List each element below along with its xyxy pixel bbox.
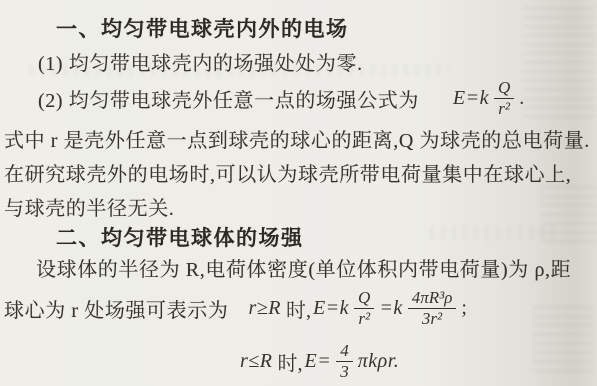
fraction-numerator: 4 — [336, 342, 353, 362]
inside-sphere-formula-row: r≤R 时, E= 4 3 πkρr. — [240, 336, 399, 386]
fraction-numerator: 4πR³ρ — [408, 289, 457, 309]
outside-formula-fraction-2: 4πR³ρ 3r² — [408, 289, 457, 328]
outside-formula-lhs: E=k — [313, 297, 349, 320]
fraction-denominator: 3r² — [422, 309, 442, 328]
scanned-textbook-page: 一、均匀带电球壳内外的电场 (1) 均匀带电球壳内的场强处处为零. (2) 均匀… — [0, 0, 597, 386]
ink-bleed-through — [523, 6, 595, 118]
paragraph-1-line-3: 与球壳的半径无关. — [4, 192, 174, 221]
condition-r-le-R: r≤R — [240, 350, 272, 373]
outside-formula-semicolon: ; — [461, 297, 467, 320]
section-1-item-1: (1) 均匀带电球壳内的场强处处为零. — [38, 47, 363, 76]
section-2-heading: 二、均匀带电球体的场强 — [56, 222, 304, 252]
cjk-shi-comma: 时, — [277, 347, 302, 376]
shell-formula-fraction: Q r² — [494, 79, 514, 118]
inside-formula-fraction: 4 3 — [336, 342, 353, 381]
fraction-denominator: r² — [498, 99, 510, 118]
cjk-shi-comma: 时, — [286, 294, 311, 323]
condition-r-ge-R: r≥R — [248, 297, 280, 320]
paragraph-2-line-2-lead: 球心为 r 处场强可表示为 — [4, 294, 228, 323]
section-1-item-2-text: (2) 均匀带电球壳外任意一点的场强公式为 — [38, 84, 419, 113]
fraction-numerator: Q — [494, 79, 514, 99]
ink-bleed-through — [541, 185, 597, 243]
fraction-denominator: 3 — [340, 362, 349, 381]
section-1-item-2-row: (2) 均匀带电球壳外任意一点的场强公式为 E=k Q r² . — [38, 75, 525, 121]
inside-formula-lhs: E= — [304, 350, 331, 373]
section-1-heading: 一、均匀带电球壳内外的电场 — [56, 13, 349, 43]
paragraph-2-line-1: 设球体的半径为 R,电荷体密度(单位体积内带电荷量)为 ρ,距 — [36, 253, 571, 282]
paragraph-1-line-2: 在研究球壳外的电场时,可以认为球壳所带电荷量集中在球心上, — [4, 158, 571, 187]
shell-formula-lhs: E=k — [453, 87, 489, 110]
ink-bleed-through — [533, 300, 593, 372]
outside-formula-fraction-1: Q r² — [354, 289, 374, 328]
ink-bleed-through — [430, 226, 560, 240]
outside-formula-equals-k: =k — [379, 297, 402, 320]
fraction-denominator: r² — [358, 309, 370, 328]
fraction-numerator: Q — [354, 289, 374, 309]
outside-sphere-formula-row: 球心为 r 处场强可表示为 r≥R 时, E=k Q r² =k 4πR³ρ 3… — [4, 281, 467, 335]
inside-formula-rhs: πkρr. — [358, 350, 400, 373]
shell-formula-period: . — [519, 87, 525, 110]
paragraph-1-line-1: 式中 r 是壳外任意一点到球壳的球心的距离,Q 为球壳的总电荷量. — [4, 124, 590, 153]
